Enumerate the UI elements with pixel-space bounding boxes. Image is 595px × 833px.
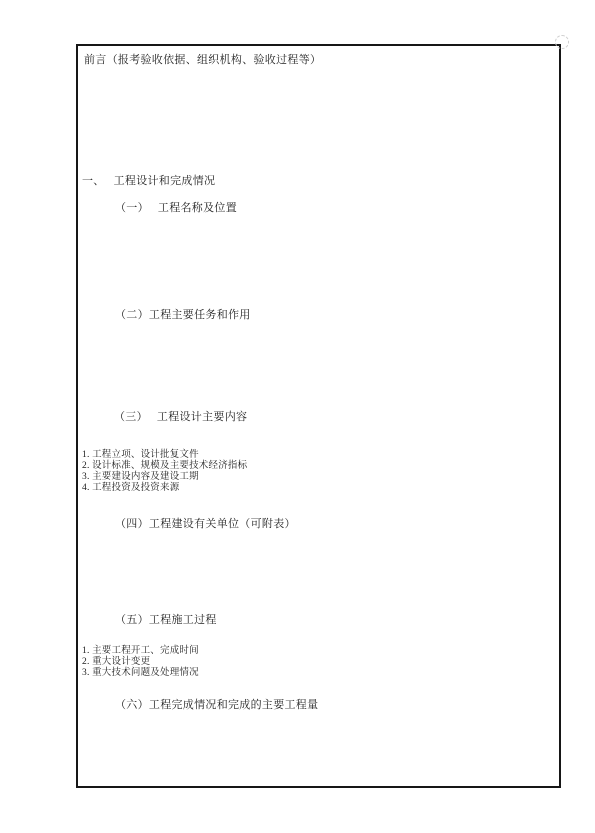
subsection-4-label: （四） — [115, 518, 149, 530]
scan-artifact-circle — [555, 35, 569, 49]
subsection-3-title: 工程设计主要内容 — [157, 411, 247, 423]
document-page: 前言（报考验收依据、组织机构、验收过程等） 一、工程设计和完成情况 （一）工程名… — [0, 0, 595, 833]
subsection-6-heading: （六）工程完成情况和完成的主要工程量 — [115, 699, 318, 711]
subsection-5-title: 工程施工过程 — [149, 614, 217, 626]
subsection-3-heading: （三）工程设计主要内容 — [114, 411, 247, 423]
subsection-3-label: （三） — [114, 411, 148, 423]
subsection-1-title: 工程名称及位置 — [158, 202, 237, 214]
construction-process-list: 1. 主要工程开工、完成时间 2. 重大设计变更 3. 重大技术问题及处理情况 — [82, 646, 199, 679]
section-1-heading: 一、工程设计和完成情况 — [82, 175, 215, 187]
subsection-5-heading: （五）工程施工过程 — [115, 614, 217, 626]
list-item: 1. 工程立项、设计批复文件 — [82, 450, 247, 461]
subsection-1-label: （一） — [115, 202, 149, 214]
subsection-5-label: （五） — [115, 614, 149, 626]
subsection-4-title: 工程建设有关单位（可附表） — [149, 518, 296, 530]
document-border-frame: 前言（报考验收依据、组织机构、验收过程等） 一、工程设计和完成情况 （一）工程名… — [76, 44, 561, 788]
preface-line: 前言（报考验收依据、组织机构、验收过程等） — [84, 54, 321, 66]
subsection-1-heading: （一）工程名称及位置 — [115, 202, 237, 214]
section-1-number: 一、 — [82, 175, 105, 187]
subsection-4-heading: （四）工程建设有关单位（可附表） — [115, 518, 296, 530]
list-item: 3. 主要建设内容及建设工期 — [82, 472, 247, 483]
subsection-2-title: 工程主要任务和作用 — [149, 309, 251, 321]
subsection-6-label: （六） — [115, 699, 149, 711]
design-content-list: 1. 工程立项、设计批复文件 2. 设计标准、规模及主要技术经济指标 3. 主要… — [82, 450, 247, 494]
subsection-2-label: （二） — [115, 309, 149, 321]
subsection-2-heading: （二）工程主要任务和作用 — [115, 309, 251, 321]
subsection-6-title: 工程完成情况和完成的主要工程量 — [149, 699, 319, 711]
list-item: 3. 重大技术问题及处理情况 — [82, 668, 199, 679]
section-1-title: 工程设计和完成情况 — [114, 175, 216, 187]
list-item: 2. 设计标准、规模及主要技术经济指标 — [82, 461, 247, 472]
list-item: 1. 主要工程开工、完成时间 — [82, 646, 199, 657]
list-item: 4. 工程投资及投资来源 — [82, 483, 247, 494]
list-item: 2. 重大设计变更 — [82, 657, 199, 668]
